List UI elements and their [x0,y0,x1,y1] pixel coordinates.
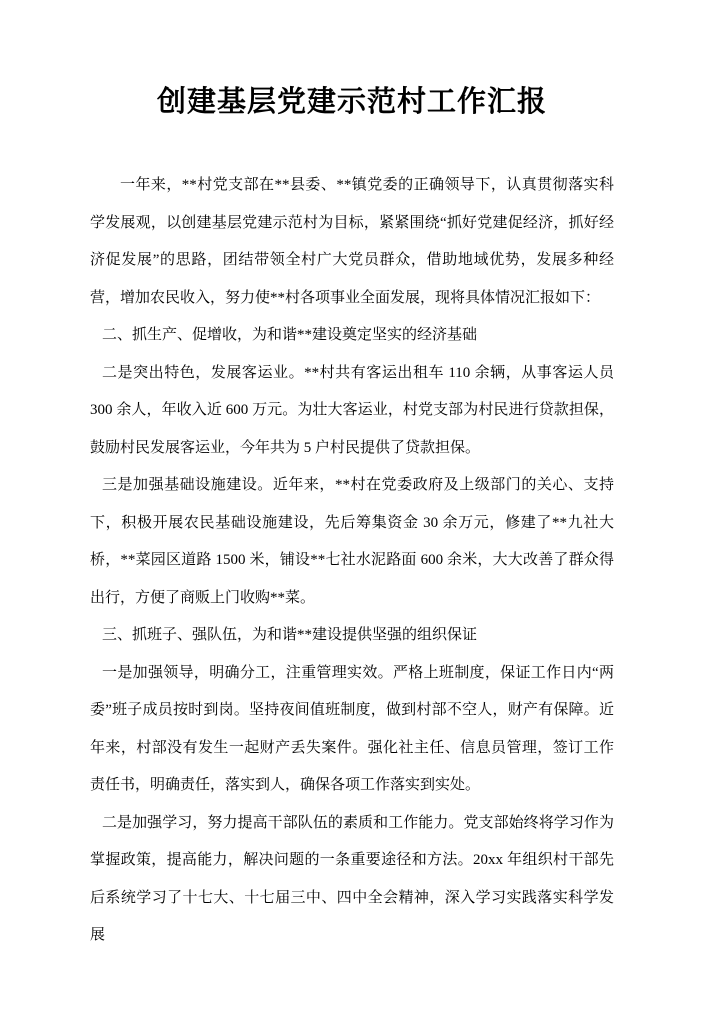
paragraph-passenger-transport: 二是突出特色，发展客运业。**村共有客运出租车 110 余辆，从事客运人员 30… [90,355,614,468]
document-title: 创建基层党建示范村工作汇报 [90,82,614,122]
section-heading-organization: 三、抓班子、强队伍，为和谐**建设提供坚强的组织保证 [90,617,614,655]
document-body: 一年来，**村党支部在**县委、**镇党委的正确领导下，认真贯彻落实科学发展观，… [90,167,614,955]
paragraph-study: 二是加强学习，努力提高干部队伍的素质和工作能力。党支部始终将学习作为掌握政策，提… [90,805,614,955]
document-page: 创建基层党建示范村工作汇报 一年来，**村党支部在**县委、**镇党委的正确领导… [0,0,721,1020]
paragraph-intro: 一年来，**村党支部在**县委、**镇党委的正确领导下，认真贯彻落实科学发展观，… [90,167,614,317]
paragraph-leadership: 一是加强领导，明确分工，注重管理实效。严格上班制度，保证工作日内“两委”班子成员… [90,655,614,805]
section-heading-economy: 二、抓生产、促增收，为和谐**建设奠定坚实的经济基础 [90,317,614,355]
paragraph-infrastructure: 三是加强基础设施建设。近年来，**村在党委政府及上级部门的关心、支持下，积极开展… [90,467,614,617]
